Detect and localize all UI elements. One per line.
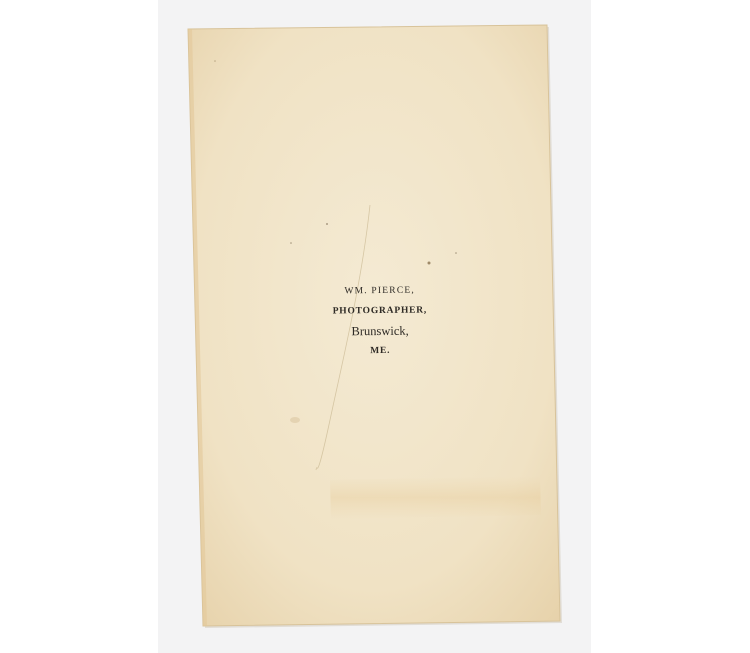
photographer-imprint: WM. PIERCE, PHOTOGRAPHER, Brunswick, ME. — [310, 286, 451, 356]
imprint-city: Brunswick, — [310, 324, 450, 338]
imprint-state: ME. — [310, 346, 450, 357]
imprint-title: PHOTOGRAPHER, — [310, 306, 450, 317]
imprint-name: WM. PIERCE, — [310, 286, 450, 297]
